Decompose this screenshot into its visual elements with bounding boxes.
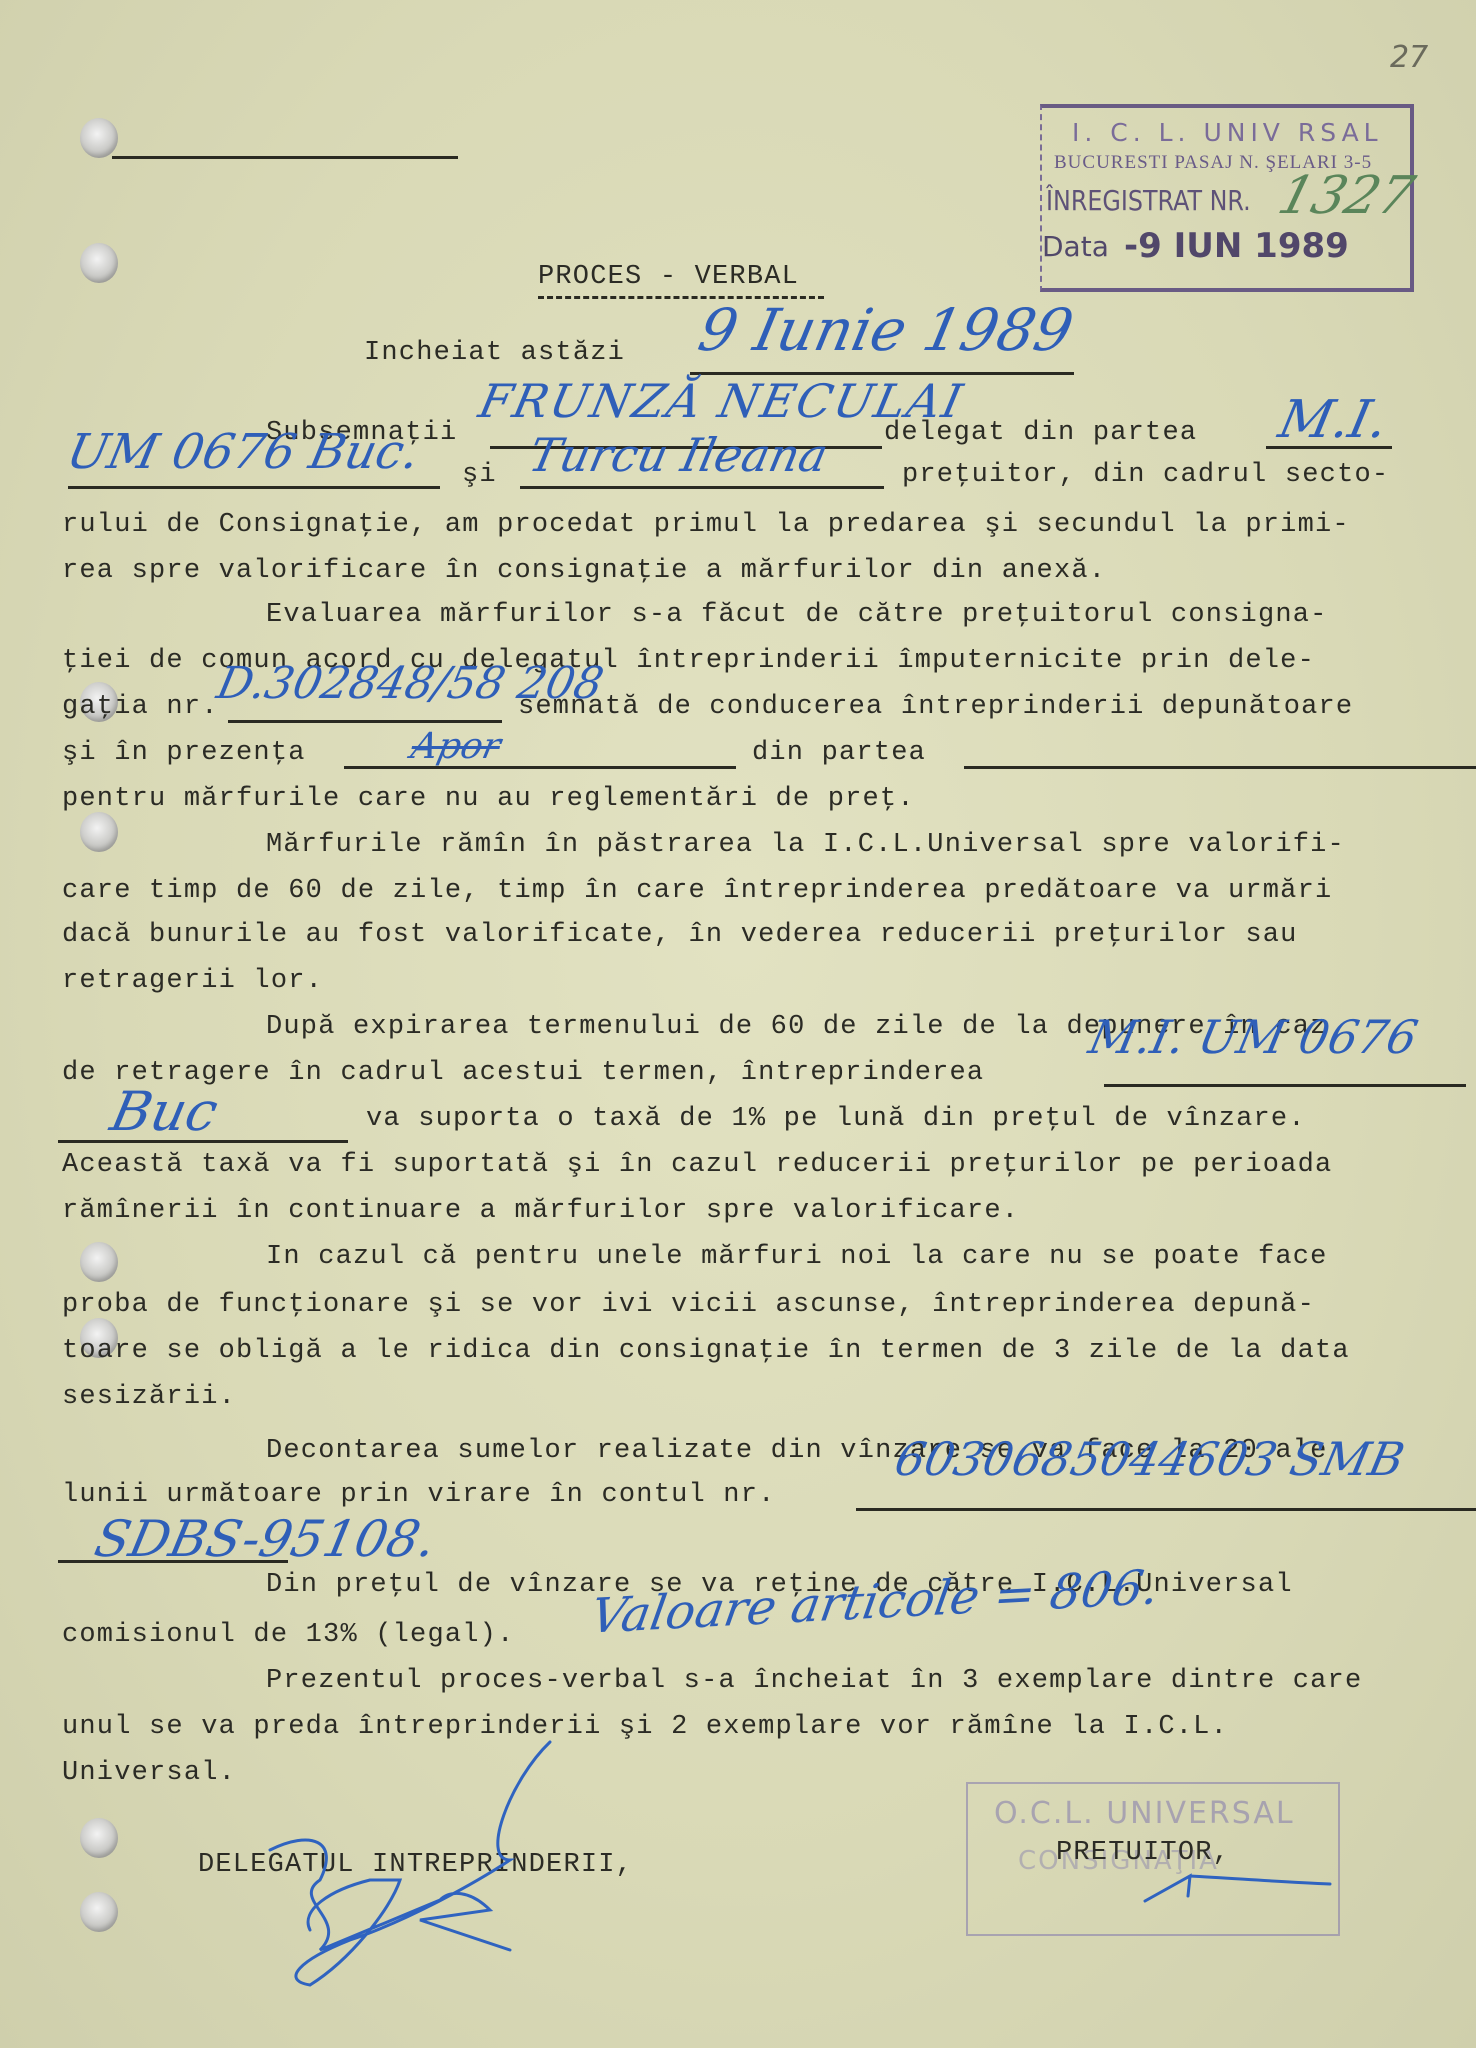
unit-handwritten-1: M.I. [1274,390,1394,450]
header-rule [112,156,458,159]
p8-line2: unul se va preda întreprinderii şi 2 exe… [62,1712,1228,1742]
p5-line2: proba de funcţionare şi se vor ivi vicii… [62,1290,1315,1320]
p2-line5: pentru mărfurile care nu au reglementări… [62,784,915,814]
p5-line4: sesizării. [62,1382,236,1412]
presence-struck-handwritten: Apor [408,726,505,767]
p4-line3: va suporta o taxă de 1% pe lună din preţ… [366,1104,1306,1134]
city-field-line [58,1140,348,1143]
p4-line5: rămînerii în continuare a mărfurilor spr… [62,1196,1019,1226]
delegate-text: delegat din partea [884,418,1197,448]
stamp-registered-label: ÎNREGISTRAT NR. [1046,184,1251,217]
p2-line3-b: semnată de conducerea întreprinderii dep… [518,692,1353,722]
punch-hole [80,812,118,852]
appraiser-signature-label: PRETUITOR, [1056,1838,1230,1868]
and-label: şi [462,460,497,490]
p3-line3: dacă bunurile au fost valorificate, în v… [62,920,1298,950]
p1-line2: rului de Consignaţie, am procedat primul… [62,510,1350,540]
enterprise-field-line [1104,1084,1466,1087]
page-title: PROCES - VERBAL [538,262,799,292]
punch-hole [80,1892,118,1932]
concluded-date-handwritten: 9 Iunie 1989 [693,296,1079,364]
unit-handwritten-2: UM 0676 Buc. [62,424,425,480]
p6-line2-a: lunii următoare prin virare în contul nr… [62,1480,776,1510]
p3-line4: retragerii lor. [62,966,323,996]
delegate-signature [150,1740,710,2000]
presence-field-line [344,766,736,769]
p4-line4: Această taxă va fi suportată şi în cazul… [62,1150,1332,1180]
p5-line1: In cazul că pentru unele mărfuri noi la … [266,1242,1328,1272]
enterprise-handwritten: M.I. UM 0676 [1084,1010,1422,1064]
delegation-number-line [228,720,502,723]
concluded-label: Incheiat astăzi [364,338,625,368]
stamp-date-value: -9 IUN 1989 [1124,226,1349,266]
party-field-line [964,766,1476,769]
p5-line3: toare se obligă a le ridica din consigna… [62,1336,1350,1366]
unit-field-line [1266,446,1392,449]
stamp-bottom-org: O.C.L. UNIVERSAL [994,1796,1295,1831]
p2-line3-a: gaţia nr. [62,692,219,722]
stamp-date-label: Data [1042,230,1109,263]
account-number-handwritten: 6030685044603 SMB [890,1432,1409,1486]
registration-stamp: I. C. L. UNIV RSAL BUCURESTI PASAJ N. ŞE… [1040,104,1414,292]
appraiser-name-line [520,486,884,489]
city-handwritten: Buc [105,1080,223,1143]
p1-line3: rea spre valorificare în consignaţie a m… [62,556,1106,586]
stamp-org: I. C. L. UNIV RSAL [1072,118,1383,147]
appraiser-name-handwritten: Turcu Ileana [524,428,832,482]
punch-hole [80,243,118,283]
p2-line4-b: din partea [752,738,926,768]
p2-line4-a: şi în prezenţa [62,738,306,768]
punch-hole [80,118,118,158]
appraiser-text: preţuitor, din cadrul secto- [902,460,1389,490]
punch-hole [80,1818,118,1858]
p3-line1: Mărfurile rămîn în păstrarea la I.C.L.Un… [266,830,1345,860]
stamp-registration-number: 1327 [1272,166,1420,226]
punch-hole [80,1242,118,1282]
p8-line1: Prezentul proces-verbal s-a încheiat în … [266,1666,1362,1696]
account-line-2 [58,1560,288,1563]
unit-line-2 [68,486,440,489]
appraiser-signature [1140,1866,1340,1906]
page-number: 27 [1390,40,1428,75]
account-field-line [856,1508,1476,1511]
p7-line2: comisionul de 13% (legal). [62,1620,514,1650]
p3-line2: care timp de 60 de zile, timp în care în… [62,876,1332,906]
p2-line1: Evaluarea mărfurilor s-a făcut de către … [266,600,1328,630]
